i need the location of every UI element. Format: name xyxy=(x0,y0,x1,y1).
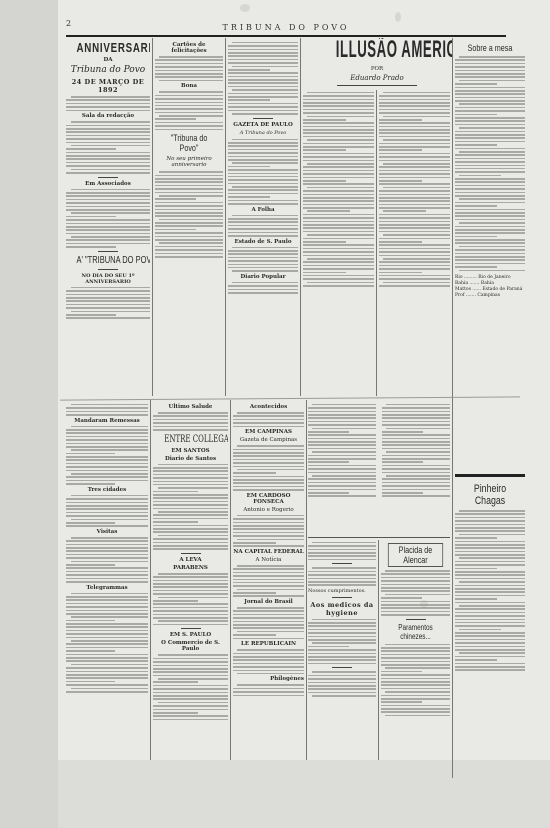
text-line xyxy=(66,596,148,598)
text-line xyxy=(66,459,148,461)
section-title: LE REPUBLICAIN xyxy=(233,641,304,647)
text-line xyxy=(71,495,148,497)
text-line xyxy=(455,598,497,600)
text-line xyxy=(308,472,376,474)
text-line xyxy=(153,583,228,585)
text-line xyxy=(303,105,374,107)
text-line xyxy=(455,161,525,163)
text-line xyxy=(459,246,525,248)
text-line xyxy=(158,511,229,513)
text-line xyxy=(233,518,304,520)
text-line xyxy=(237,631,304,633)
text-line xyxy=(459,80,525,82)
body-text xyxy=(233,607,304,639)
press-notes-column: Acontecidos EM CAMPINAS Gazeta de Campin… xyxy=(233,402,304,762)
text-line xyxy=(228,218,298,220)
text-line xyxy=(303,248,374,250)
text-line xyxy=(66,304,150,306)
text-line xyxy=(383,258,450,260)
section-subtitle: A Notícia xyxy=(233,557,304,563)
text-line xyxy=(308,468,376,470)
text-line xyxy=(303,160,374,162)
text-line xyxy=(303,149,346,151)
text-line xyxy=(303,166,374,168)
text-line xyxy=(71,121,150,123)
text-line xyxy=(455,158,525,160)
text-line xyxy=(312,404,376,406)
text-line xyxy=(153,501,228,503)
section-subtitle: Antonio e Rogerio xyxy=(233,507,304,513)
text-line xyxy=(383,139,450,141)
text-line xyxy=(66,525,148,527)
text-line xyxy=(379,255,450,257)
text-line xyxy=(312,542,376,544)
text-line xyxy=(308,625,376,627)
text-line xyxy=(71,145,150,147)
text-line xyxy=(153,477,228,479)
text-line xyxy=(237,607,304,609)
text-line xyxy=(153,531,228,533)
subsection-title: EM S. PAULO xyxy=(153,632,228,638)
column-rule xyxy=(152,38,153,396)
text-line xyxy=(233,656,304,658)
body-text xyxy=(66,426,148,485)
text-line xyxy=(66,633,148,635)
text-line xyxy=(232,162,298,164)
text-line xyxy=(381,688,450,690)
text-line xyxy=(66,138,150,140)
text-line xyxy=(381,671,422,673)
section-divider xyxy=(308,537,450,538)
text-line xyxy=(312,695,376,697)
text-line xyxy=(153,712,198,714)
text-line xyxy=(66,216,116,218)
text-line xyxy=(312,671,376,673)
text-line xyxy=(155,236,223,238)
text-line xyxy=(382,492,423,494)
text-line xyxy=(381,674,450,676)
text-line xyxy=(159,56,223,58)
text-line xyxy=(228,228,298,230)
section-title: Tres cidades xyxy=(66,487,148,493)
text-line xyxy=(455,619,525,621)
text-line xyxy=(233,466,304,468)
text-line xyxy=(71,561,148,563)
text-line xyxy=(66,544,148,546)
text-line xyxy=(66,512,148,514)
text-line xyxy=(153,586,228,588)
text-line xyxy=(455,144,497,146)
text-line xyxy=(158,597,229,599)
text-line xyxy=(308,688,376,690)
text-line xyxy=(303,238,374,240)
text-line xyxy=(232,113,298,115)
text-line xyxy=(308,622,376,624)
text-line xyxy=(228,250,298,252)
text-line xyxy=(381,708,450,710)
text-line xyxy=(379,204,450,206)
body-text xyxy=(308,402,376,499)
text-line xyxy=(153,576,228,578)
text-line xyxy=(71,640,148,642)
text-line xyxy=(455,666,525,668)
text-line xyxy=(303,129,374,131)
text-line xyxy=(308,414,376,416)
text-line xyxy=(307,210,350,212)
text-line xyxy=(153,624,228,626)
text-line xyxy=(303,99,374,101)
feature-article-left xyxy=(303,90,374,395)
text-line xyxy=(153,497,228,499)
body-text xyxy=(153,654,228,720)
text-line xyxy=(308,636,376,638)
body-text xyxy=(233,649,304,674)
text-line xyxy=(153,580,228,582)
text-line xyxy=(66,152,150,154)
text-line xyxy=(66,317,150,319)
text-line xyxy=(379,112,450,114)
text-line xyxy=(66,502,148,504)
text-line xyxy=(308,489,376,491)
text-line xyxy=(153,415,228,417)
text-line xyxy=(71,616,148,618)
text-line xyxy=(228,93,298,95)
text-line xyxy=(303,180,346,182)
text-line xyxy=(455,63,525,65)
text-line xyxy=(382,424,450,426)
paper-stain xyxy=(240,4,250,12)
text-line xyxy=(228,260,298,262)
text-line xyxy=(382,434,450,436)
text-line xyxy=(233,638,304,640)
text-line xyxy=(228,169,298,171)
text-line xyxy=(153,665,228,667)
text-line xyxy=(459,652,525,654)
text-line xyxy=(66,142,150,144)
text-line xyxy=(308,461,349,463)
text-line xyxy=(308,421,376,423)
text-line xyxy=(233,663,304,665)
text-line xyxy=(155,125,223,127)
text-line xyxy=(455,124,525,126)
text-line xyxy=(379,224,450,226)
body-text xyxy=(66,96,150,111)
text-line xyxy=(153,668,228,670)
body-text xyxy=(66,495,148,527)
text-line xyxy=(66,456,148,458)
text-line xyxy=(233,426,304,428)
text-line xyxy=(233,592,276,594)
text-line xyxy=(308,448,376,450)
text-line xyxy=(158,487,229,489)
text-line xyxy=(379,177,450,179)
text-line xyxy=(381,705,450,707)
text-line xyxy=(455,625,525,627)
text-line xyxy=(312,619,376,621)
text-line xyxy=(385,691,450,693)
body-text xyxy=(308,542,376,561)
text-line xyxy=(233,695,304,697)
text-line xyxy=(153,474,228,476)
text-line xyxy=(228,264,298,266)
text-line xyxy=(455,97,525,99)
text-line xyxy=(233,572,304,574)
text-line xyxy=(233,595,304,597)
text-line xyxy=(308,434,376,436)
body-text xyxy=(153,464,228,550)
press-review-column: GAZETA DE PAULO A Tribuna do Povo A Folh… xyxy=(228,40,298,395)
text-line xyxy=(303,204,374,206)
anniversary-subheading: DA xyxy=(66,57,150,63)
text-line xyxy=(228,200,298,202)
subsection-subtitle: PARABENS xyxy=(153,565,228,571)
text-line xyxy=(381,664,450,666)
text-line xyxy=(233,472,276,474)
text-line xyxy=(228,72,298,74)
text-line xyxy=(228,267,298,269)
text-line xyxy=(459,534,525,536)
text-line xyxy=(66,172,150,174)
body-text xyxy=(381,644,450,717)
text-line xyxy=(455,83,497,85)
text-line xyxy=(233,568,304,570)
text-line xyxy=(66,226,150,228)
text-line xyxy=(455,131,525,133)
text-line xyxy=(455,527,525,529)
text-line xyxy=(158,654,229,656)
text-line xyxy=(66,564,115,566)
text-line xyxy=(237,445,304,447)
text-line xyxy=(66,239,150,241)
text-line xyxy=(379,231,450,233)
text-line xyxy=(233,585,304,587)
text-line xyxy=(66,550,148,552)
body-text xyxy=(455,56,525,271)
text-line xyxy=(237,589,304,591)
text-line xyxy=(307,139,374,141)
text-line xyxy=(382,448,450,450)
text-line xyxy=(66,195,150,197)
text-line xyxy=(233,522,304,524)
text-line xyxy=(382,485,450,487)
text-line xyxy=(379,238,450,240)
text-line xyxy=(233,688,304,690)
text-line xyxy=(228,149,298,151)
text-line xyxy=(153,685,228,687)
text-line xyxy=(153,494,228,496)
text-line xyxy=(455,154,525,156)
text-line xyxy=(455,202,525,204)
text-line xyxy=(455,165,525,167)
text-line xyxy=(153,671,228,673)
text-line xyxy=(379,251,450,253)
text-line xyxy=(66,290,150,292)
text-line xyxy=(228,82,298,84)
text-line xyxy=(308,441,376,443)
text-line xyxy=(455,635,525,637)
text-line xyxy=(66,470,148,472)
text-line xyxy=(382,455,450,457)
text-line xyxy=(307,92,374,94)
text-line xyxy=(153,422,228,424)
text-line xyxy=(233,486,304,488)
text-line xyxy=(455,571,525,573)
text-line xyxy=(382,438,450,440)
text-line xyxy=(66,677,148,679)
text-line xyxy=(66,411,148,413)
text-line xyxy=(308,692,376,694)
text-line xyxy=(66,547,148,549)
text-line xyxy=(233,634,276,636)
text-line xyxy=(379,285,450,287)
text-line xyxy=(381,597,422,599)
body-text xyxy=(153,573,228,625)
text-line xyxy=(381,601,450,603)
text-line xyxy=(228,156,298,158)
text-line xyxy=(303,170,374,172)
text-line xyxy=(308,682,376,684)
text-line xyxy=(308,465,376,467)
text-line xyxy=(233,627,304,629)
poem-heading: A' "TRIBUNA DO POVO" xyxy=(77,255,140,266)
text-line xyxy=(308,663,376,665)
text-line xyxy=(381,580,450,582)
anniversary-italic-title: Tribuna do Povo xyxy=(66,65,150,75)
text-line xyxy=(66,443,148,445)
text-line xyxy=(455,659,497,661)
text-line xyxy=(455,59,525,61)
text-line xyxy=(228,103,298,105)
text-line xyxy=(66,557,148,559)
text-line xyxy=(155,198,196,200)
text-line xyxy=(455,513,525,515)
text-line xyxy=(155,246,223,248)
text-line xyxy=(233,419,304,421)
text-line xyxy=(308,411,376,413)
body-text xyxy=(153,412,228,431)
text-line xyxy=(379,227,450,229)
text-line xyxy=(459,581,525,583)
text-line xyxy=(233,489,304,491)
text-line xyxy=(308,559,376,561)
text-line xyxy=(66,297,150,299)
body-text xyxy=(66,537,148,583)
text-line xyxy=(233,575,304,577)
text-line xyxy=(303,272,346,274)
text-line xyxy=(455,541,525,543)
text-line xyxy=(382,417,450,419)
text-line xyxy=(155,225,223,227)
text-line xyxy=(66,613,148,615)
text-line xyxy=(455,585,525,587)
text-line xyxy=(379,102,450,104)
text-line xyxy=(153,695,228,697)
text-line xyxy=(459,56,525,58)
text-line xyxy=(303,132,374,134)
text-line xyxy=(66,684,148,686)
text-line xyxy=(66,630,148,632)
text-line xyxy=(228,152,298,154)
text-line xyxy=(379,214,450,216)
text-line xyxy=(66,407,148,409)
text-line xyxy=(308,444,376,446)
text-line xyxy=(455,249,525,251)
text-line xyxy=(66,498,148,500)
text-line xyxy=(386,404,450,406)
text-line xyxy=(153,719,228,721)
section-title: EM CAMPINAS xyxy=(233,429,304,435)
text-line xyxy=(383,116,450,118)
text-line xyxy=(381,647,450,649)
text-line xyxy=(308,639,376,641)
text-line xyxy=(308,438,376,440)
text-line xyxy=(71,537,148,539)
text-line xyxy=(153,705,228,707)
text-line xyxy=(228,49,298,51)
text-line xyxy=(455,73,525,75)
subsection-subtitle: O Commercio de S. Paulo xyxy=(153,640,228,652)
text-line xyxy=(232,66,298,68)
text-line xyxy=(303,112,374,114)
text-line xyxy=(455,209,525,211)
text-line xyxy=(66,307,150,309)
text-line xyxy=(155,212,223,214)
text-line xyxy=(237,684,304,686)
text-line xyxy=(308,455,376,457)
text-line xyxy=(233,617,304,619)
text-line xyxy=(66,623,148,625)
text-line xyxy=(232,89,298,91)
body-text xyxy=(381,570,450,616)
text-line xyxy=(308,675,376,677)
text-line xyxy=(303,153,374,155)
text-line xyxy=(308,545,376,547)
text-line xyxy=(381,584,450,586)
text-line xyxy=(155,185,223,187)
text-line xyxy=(379,136,450,138)
text-line xyxy=(153,610,228,612)
text-line xyxy=(66,429,148,431)
text-line xyxy=(308,571,376,573)
text-line xyxy=(237,539,304,541)
text-line xyxy=(455,110,525,112)
text-line xyxy=(153,593,228,595)
text-line xyxy=(455,253,525,255)
text-line xyxy=(233,482,304,484)
text-line xyxy=(233,462,304,464)
section-title: Sala da redacção xyxy=(66,113,150,119)
text-line xyxy=(379,126,450,128)
text-line xyxy=(66,671,148,673)
text-line xyxy=(379,217,450,219)
text-line xyxy=(381,701,422,703)
text-line xyxy=(381,695,450,697)
text-line xyxy=(233,614,304,616)
text-line xyxy=(66,202,150,204)
text-line xyxy=(66,436,148,438)
text-line xyxy=(303,200,374,202)
text-line xyxy=(155,239,223,241)
sobre-a-mesa-column: Sobre a mesa Rio ......... Rio de Janeir… xyxy=(455,40,525,435)
text-line xyxy=(455,87,525,89)
text-line xyxy=(382,444,450,446)
column-rule xyxy=(306,400,307,760)
text-line xyxy=(228,189,298,191)
text-line xyxy=(237,515,304,517)
text-line xyxy=(455,205,497,207)
text-line xyxy=(66,453,115,455)
text-line xyxy=(379,109,450,111)
